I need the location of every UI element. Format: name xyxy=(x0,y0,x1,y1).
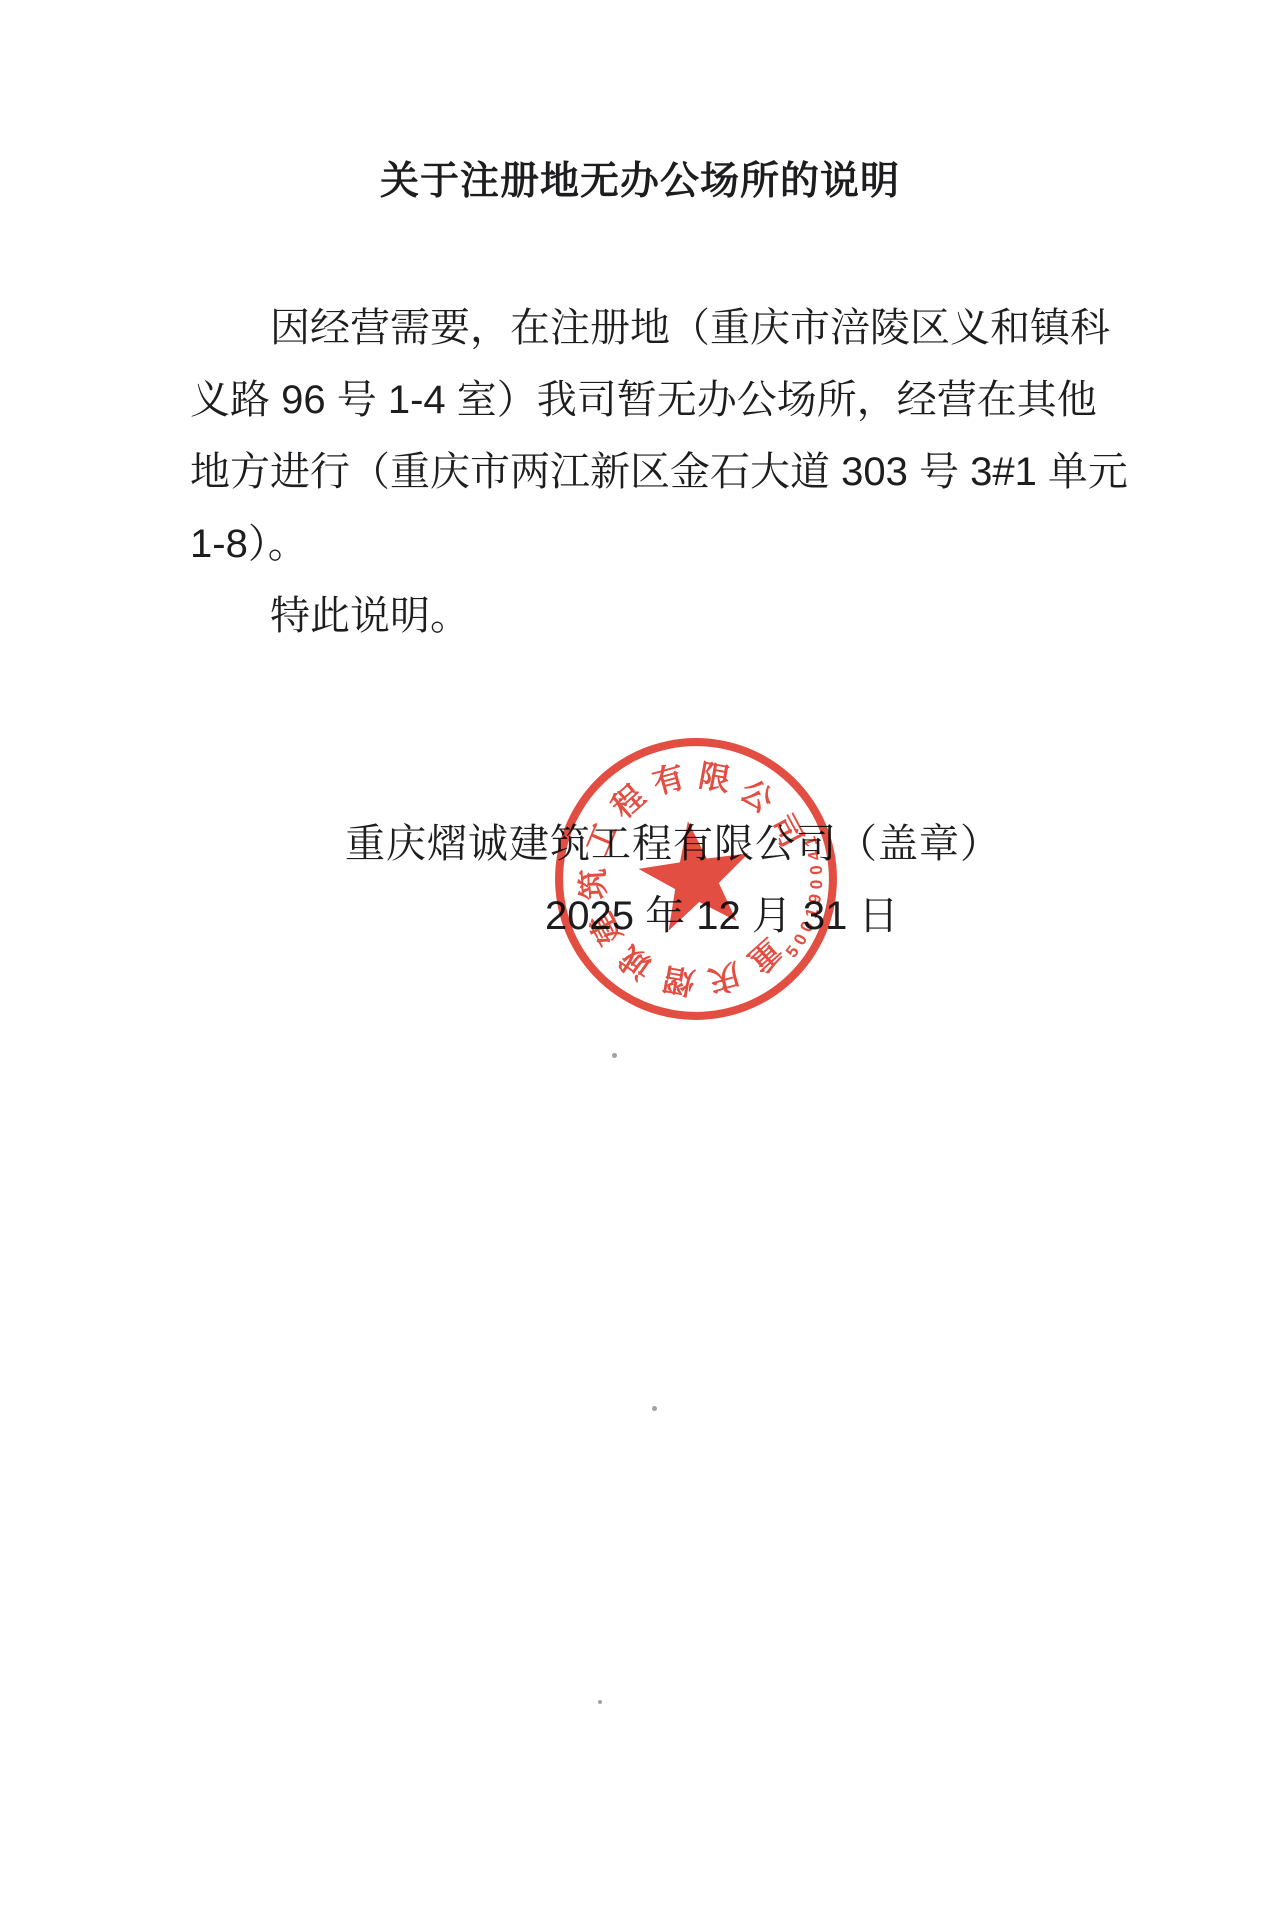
document-body: 因经营需要，在注册地（重庆市涪陵区义和镇科 义路 96 号 1-4 室）我司暂无… xyxy=(190,292,1150,652)
svg-text:庆: 庆 xyxy=(705,956,745,998)
svg-text:重: 重 xyxy=(741,932,788,979)
svg-text:熠: 熠 xyxy=(661,960,699,1000)
body-line-2: 义路 96 号 1-4 室）我司暂无办公场所，经营在其他 xyxy=(190,364,1150,436)
svg-text:建: 建 xyxy=(583,906,629,950)
svg-text:程: 程 xyxy=(605,778,652,825)
svg-text:9: 9 xyxy=(805,893,825,906)
svg-text:0: 0 xyxy=(796,919,817,935)
svg-text:0: 0 xyxy=(807,865,827,876)
svg-text:0: 0 xyxy=(807,879,826,889)
document-title: 关于注册地无办公场所的说明 xyxy=(0,150,1280,206)
svg-text:筑: 筑 xyxy=(575,868,612,901)
svg-text:工: 工 xyxy=(579,818,623,860)
document-page: 关于注册地无办公场所的说明 因经营需要，在注册地（重庆市涪陵区义和镇科 义路 9… xyxy=(0,0,1280,1917)
svg-text:限: 限 xyxy=(696,758,733,798)
svg-text:1: 1 xyxy=(801,905,822,920)
closing-line: 特此说明。 xyxy=(190,580,1150,652)
body-line-4: 1-8）。 xyxy=(190,508,1150,580)
svg-text:4: 4 xyxy=(804,849,825,862)
seal-svg: 重庆熠诚建筑工程有限公司 500190041 xyxy=(545,728,847,1030)
seal-star-icon xyxy=(629,814,752,942)
svg-text:有: 有 xyxy=(649,759,688,801)
body-line-3: 地方进行（重庆市两江新区金石大道 303 号 3#1 单元 xyxy=(190,436,1150,508)
svg-text:公: 公 xyxy=(734,773,780,820)
ink-speck xyxy=(598,1700,602,1704)
ink-speck xyxy=(612,1053,617,1058)
ink-speck xyxy=(652,1406,657,1411)
svg-text:诚: 诚 xyxy=(614,939,660,986)
body-line-1: 因经营需要，在注册地（重庆市涪陵区义和镇科 xyxy=(190,292,1150,364)
svg-text:0: 0 xyxy=(790,931,811,949)
company-seal-stamp: 重庆熠诚建筑工程有限公司 500190041 xyxy=(545,728,847,1030)
